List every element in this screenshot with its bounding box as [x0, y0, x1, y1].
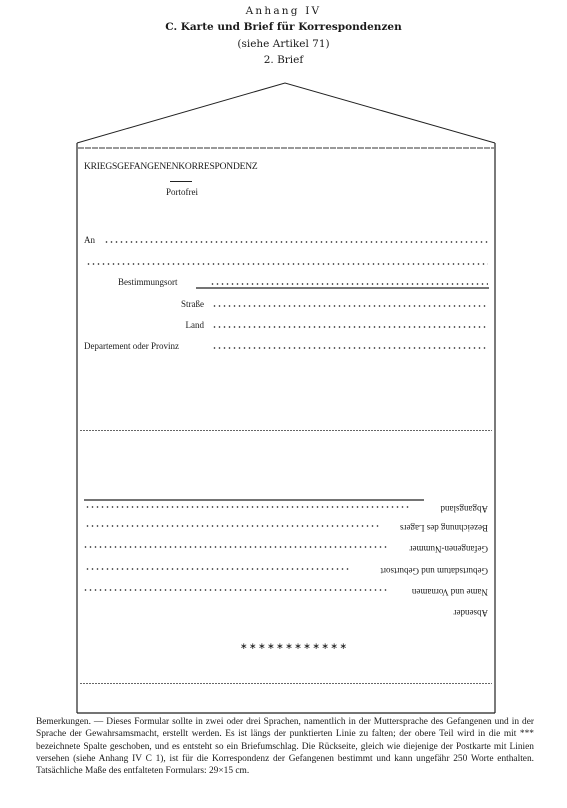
remarks-paragraph: Bemerkungen. — Dieses Formular sollte in… — [36, 716, 534, 777]
insert-slot-stars: ∗∗∗∗∗∗∗∗∗∗∗∗ — [240, 642, 349, 652]
sender-heading: Absender — [454, 608, 489, 617]
fold-line-top — [80, 430, 492, 431]
camp-line[interactable] — [84, 525, 380, 527]
field-label-prisoner-number: Gefangenen-Nummer — [410, 544, 488, 553]
sender-row-name: Name und Vornamen — [84, 584, 488, 598]
field-label-destination: Bestimmungsort — [118, 278, 178, 287]
street-line[interactable] — [212, 305, 488, 307]
field-label-camp: Bezeichnung des Lagers — [400, 523, 488, 532]
departure-country-line[interactable] — [84, 506, 410, 508]
country-line[interactable] — [212, 326, 488, 328]
birth-line[interactable] — [84, 568, 350, 570]
name-line[interactable] — [84, 589, 388, 591]
fold-line-bottom — [80, 683, 492, 684]
title-rule — [170, 181, 192, 182]
sender-heading-row: Absender — [84, 605, 488, 619]
field-label-name: Name und Vornamen — [412, 587, 488, 596]
form-title: KRIEGSGEFANGENENKORRESPONDENZ — [84, 163, 257, 173]
postage-free-label: Portofrei — [166, 188, 198, 197]
sender-row-camp: Bezeichnung des Lagers — [84, 520, 488, 534]
address-line-2[interactable] — [86, 263, 488, 265]
prisoner-number-line[interactable] — [84, 546, 388, 548]
field-label-country: Land — [110, 321, 204, 330]
envelope-outline — [0, 0, 567, 808]
sender-row-prisoner-number: Gefangenen-Nummer — [84, 541, 488, 555]
destination-line[interactable] — [210, 283, 488, 285]
field-label-birth: Geburtsdatum und Geburtsort — [381, 566, 488, 575]
sender-row-birth: Geburtsdatum und Geburtsort — [84, 563, 488, 577]
field-label-street: Straße — [110, 300, 204, 309]
field-label-province: Departement oder Provinz — [84, 342, 179, 351]
sender-row-departure-country: Abgangsland — [84, 501, 488, 515]
province-line[interactable] — [212, 347, 488, 349]
address-line-1[interactable] — [104, 241, 488, 243]
field-label-departure-country: Abgangsland — [441, 504, 489, 513]
field-label-an: An — [84, 236, 95, 245]
